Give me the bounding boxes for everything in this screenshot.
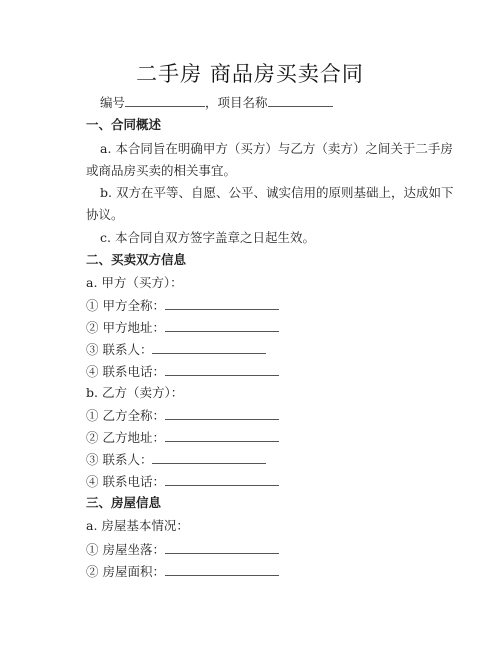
field-label: ③ 联系人：	[86, 452, 152, 467]
field-label: ① 房屋坐落：	[86, 542, 165, 557]
number-label: 编号	[100, 95, 125, 110]
party-b-label: b. 乙方（卖方）：	[86, 385, 183, 401]
field-label: ② 乙方地址：	[86, 430, 165, 445]
field-blank[interactable]	[152, 341, 266, 354]
paragraph-b-line1: b. 双方在平等、自愿、公平、诚实信用的原则基础上，达成如下	[100, 185, 453, 201]
field-blank[interactable]	[165, 541, 279, 554]
field-label: ① 乙方全称：	[86, 408, 165, 423]
paragraph-c-line1: c. 本合同自双方签字盖章之日起生效。	[100, 230, 315, 246]
number-blank[interactable]	[125, 94, 205, 107]
party-a-field-name: ① 甲方全称：	[86, 297, 279, 314]
field-label: ③ 联系人：	[86, 342, 152, 357]
property-field-area: ② 房屋面积：	[86, 563, 279, 580]
property-field-location: ① 房屋坐落：	[86, 541, 279, 558]
field-label: ④ 联系电话：	[86, 474, 165, 489]
field-blank[interactable]	[165, 297, 279, 310]
section-heading-parties: 二、买卖双方信息	[86, 252, 186, 268]
field-blank[interactable]	[165, 473, 279, 486]
party-a-field-contact: ③ 联系人：	[86, 341, 266, 358]
field-blank[interactable]	[165, 429, 279, 442]
section-heading-overview: 一、合同概述	[86, 117, 161, 133]
field-blank[interactable]	[165, 407, 279, 420]
field-blank[interactable]	[152, 451, 266, 464]
paragraph-a-line2: 或商品房买卖的相关事宜。	[86, 163, 236, 179]
separator: ，	[205, 95, 218, 110]
section-heading-property: 三、房屋信息	[86, 495, 161, 511]
field-blank[interactable]	[165, 363, 279, 376]
field-label: ④ 联系电话：	[86, 364, 165, 379]
document-page: 二手房 商品房买卖合同 编号，项目名称 一、合同概述 a. 本合同旨在明确甲方（…	[0, 0, 500, 647]
party-a-label: a. 甲方（买方）：	[86, 275, 183, 291]
field-label: ② 甲方地址：	[86, 320, 165, 335]
party-a-field-address: ② 甲方地址：	[86, 319, 279, 336]
document-title: 二手房 商品房买卖合同	[0, 58, 500, 88]
field-blank[interactable]	[165, 563, 279, 576]
party-b-field-name: ① 乙方全称：	[86, 407, 279, 424]
property-basic-label: a. 房屋基本情况：	[86, 518, 189, 534]
project-blank[interactable]	[268, 94, 333, 107]
paragraph-b-line2: 协议。	[86, 207, 124, 223]
party-b-field-contact: ③ 联系人：	[86, 451, 266, 468]
field-label: ① 甲方全称：	[86, 298, 165, 313]
field-blank[interactable]	[165, 319, 279, 332]
party-b-field-phone: ④ 联系电话：	[86, 473, 279, 490]
header-line: 编号，项目名称	[100, 94, 333, 111]
project-label: 项目名称	[218, 95, 268, 110]
party-b-field-address: ② 乙方地址：	[86, 429, 279, 446]
party-a-field-phone: ④ 联系电话：	[86, 363, 279, 380]
paragraph-a-line1: a. 本合同旨在明确甲方（买方）与乙方（卖方）之间关于二手房	[100, 141, 453, 157]
field-label: ② 房屋面积：	[86, 564, 165, 579]
